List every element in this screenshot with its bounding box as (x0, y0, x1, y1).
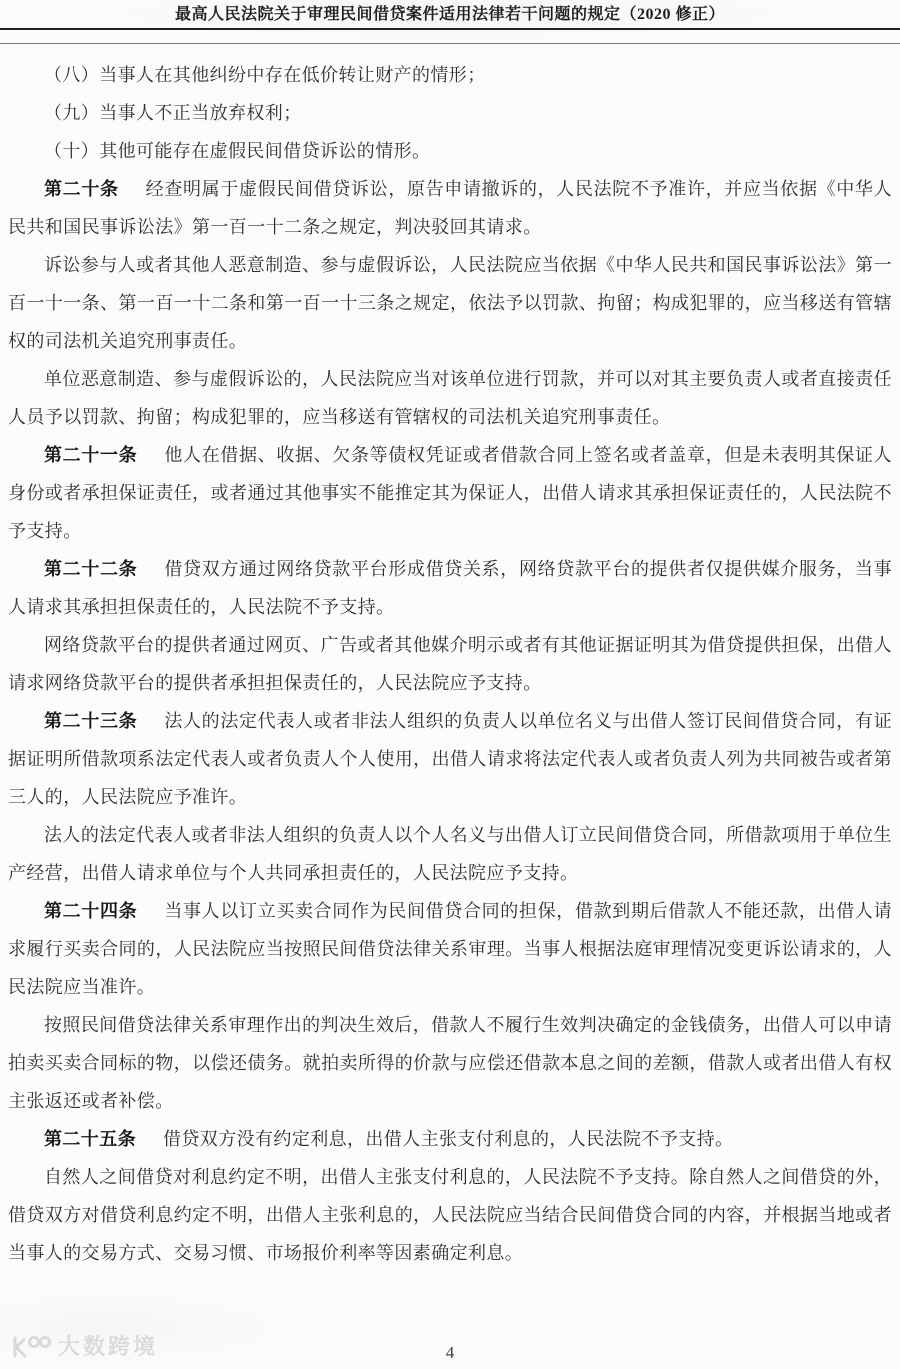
paragraph-text: 法人的法定代表人或者非法人组织的负责人以单位名义与出借人签订民间借贷合同，有证据… (8, 711, 892, 807)
paragraph-text: 单位恶意制造、参与虚假诉讼的，人民法院应当对该单位进行罚款，并可以对其主要负责人… (8, 369, 892, 427)
paragraph: 法人的法定代表人或者非法人组织的负责人以个人名义与出借人订立民间借贷合同，所借款… (8, 816, 892, 892)
document-header: 最高人民法院关于审理民间借贷案件适用法律若干问题的规定（2020 修正） (0, 0, 900, 44)
paragraph-text: 当事人以订立买卖合同作为民间借贷合同的担保，借款到期后借款人不能还款，出借人请求… (8, 901, 892, 997)
paragraph: 第二十二条借贷双方通过网络贷款平台形成借贷关系，网络贷款平台的提供者仅提供媒介服… (8, 550, 892, 626)
paragraph-text: 诉讼参与人或者其他人恶意制造、参与虚假诉讼，人民法院应当依据《中华人民共和国民事… (8, 255, 892, 351)
paragraph: （九）当事人不正当放弃权利； (8, 94, 892, 132)
paragraph: 第二十条经查明属于虚假民间借贷诉讼，原告申请撤诉的，人民法院不予准许，并应当依据… (8, 170, 892, 246)
paragraph: （八）当事人在其他纠纷中存在低价转让财产的情形； (8, 56, 892, 94)
paragraph-text: （九）当事人不正当放弃权利； (44, 103, 302, 123)
article-number: 第二十四条 (44, 901, 137, 921)
paragraph-text: 法人的法定代表人或者非法人组织的负责人以个人名义与出借人订立民间借贷合同，所借款… (8, 825, 892, 883)
paragraph: 第二十四条当事人以订立买卖合同作为民间借贷合同的担保，借款到期后借款人不能还款，… (8, 892, 892, 1006)
paragraph-text: （十）其他可能存在虚假民间借贷诉讼的情形。 (44, 141, 430, 161)
paragraph: 诉讼参与人或者其他人恶意制造、参与虚假诉讼，人民法院应当依据《中华人民共和国民事… (8, 246, 892, 360)
article-number: 第二十三条 (44, 711, 137, 731)
paragraph-text: 他人在借据、收据、欠条等债权凭证或者借款合同上签名或者盖章，但是未表明其保证人身… (8, 445, 892, 541)
page-number: 4 (0, 1343, 900, 1363)
paragraph-text: 网络贷款平台的提供者通过网页、广告或者其他媒介明示或者有其他证据证明其为借贷提供… (8, 635, 892, 693)
paragraph: （十）其他可能存在虚假民间借贷诉讼的情形。 (8, 132, 892, 170)
paragraph: 自然人之间借贷对利息约定不明，出借人主张支付利息的，人民法院不予支持。除自然人之… (8, 1158, 892, 1272)
paragraph: 单位恶意制造、参与虚假诉讼的，人民法院应当对该单位进行罚款，并可以对其主要负责人… (8, 360, 892, 436)
article-number: 第二十二条 (44, 559, 137, 579)
header-rule-thick (0, 28, 900, 30)
paragraph: 第二十一条他人在借据、收据、欠条等债权凭证或者借款合同上签名或者盖章，但是未表明… (8, 436, 892, 550)
paragraph-text: 按照民间借贷法律关系审理作出的判决生效后，借款人不履行生效判决确定的金钱债务，出… (8, 1015, 892, 1111)
document-title: 最高人民法院关于审理民间借贷案件适用法律若干问题的规定（2020 修正） (0, 5, 900, 25)
article-number: 第二十一条 (44, 445, 137, 465)
paragraph: 网络贷款平台的提供者通过网页、广告或者其他媒介明示或者有其他证据证明其为借贷提供… (8, 626, 892, 702)
paragraph-text: 借贷双方没有约定利息，出借人主张支付利息的，人民法院不予支持。 (163, 1129, 733, 1149)
paragraph: 第二十五条借贷双方没有约定利息，出借人主张支付利息的，人民法院不予支持。 (8, 1120, 892, 1158)
document-page: 最高人民法院关于审理民间借贷案件适用法律若干问题的规定（2020 修正） （八）… (0, 0, 900, 1369)
article-number: 第二十五条 (44, 1129, 136, 1149)
paragraph-text: 借贷双方通过网络贷款平台形成借贷关系，网络贷款平台的提供者仅提供媒介服务，当事人… (8, 559, 892, 617)
paragraph: 第二十三条法人的法定代表人或者非法人组织的负责人以单位名义与出借人签订民间借贷合… (8, 702, 892, 816)
paragraph: 按照民间借贷法律关系审理作出的判决生效后，借款人不履行生效判决确定的金钱债务，出… (8, 1006, 892, 1120)
document-footer: 大数跨境 4 (0, 1305, 900, 1369)
document-body: （八）当事人在其他纠纷中存在低价转让财产的情形； （九）当事人不正当放弃权利； … (0, 44, 900, 1272)
paragraph-text: 自然人之间借贷对利息约定不明，出借人主张支付利息的，人民法院不予支持。除自然人之… (8, 1167, 892, 1263)
paragraph-text: 经查明属于虚假民间借贷诉讼，原告申请撤诉的，人民法院不予准许，并应当依据《中华人… (8, 179, 892, 237)
paragraph-text: （八）当事人在其他纠纷中存在低价转让财产的情形； (44, 65, 486, 85)
article-number: 第二十条 (44, 179, 119, 199)
